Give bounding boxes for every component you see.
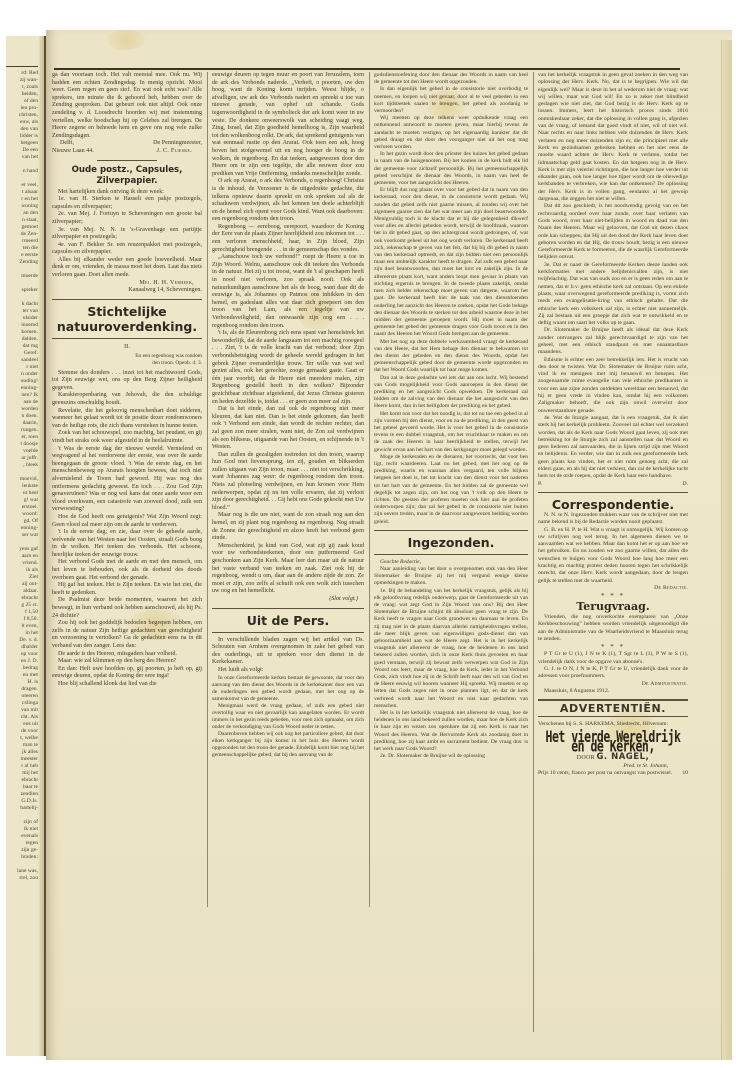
facing-page-line: woord: xyxy=(6,511,38,518)
to-be-continued-note: (Slot volgt.) xyxy=(212,596,364,604)
paragraph: Zou hij ook het goddelijk bedoelen begre… xyxy=(52,620,202,650)
paragraph: Hoe blij schallend klonk dat lied van di… xyxy=(52,681,202,689)
facing-page-text: rd: Redzij wan-t, zoalsheiden,of denien … xyxy=(6,70,38,882)
facing-page-line: t, zoals xyxy=(6,84,38,91)
scanned-newspaper: rd: Redzij wan-t, zoalsheiden,of denien … xyxy=(0,0,738,1068)
paragraph: „Aanschouw toch uw verbond!” roept de He… xyxy=(212,254,364,330)
facing-page-line: of den xyxy=(6,98,38,105)
facing-page-line: van het xyxy=(6,154,38,161)
facing-page-line: e eerste xyxy=(6,252,38,259)
facing-page-line: De. v. d. xyxy=(6,637,38,644)
signature-role: De Penningmeester, xyxy=(153,140,202,148)
section-heading-ingezonden: Ingezonden. xyxy=(374,535,528,550)
section-heading-terugvraag: Terugvraag. xyxy=(538,600,688,614)
facing-page-line: Geref. xyxy=(6,350,38,357)
section-separator: * * * xyxy=(538,592,688,600)
facing-page-line: f 8,50. xyxy=(6,616,38,623)
paragraph: Het verbond Gods met de aarde en met den… xyxy=(52,559,202,582)
facing-page-line: Ziet xyxy=(6,574,38,581)
paragraph: Het is in het kerkelijk vraagstuk niet a… xyxy=(374,710,528,753)
facing-page-line: rd: Red xyxy=(6,70,38,77)
paragraph: Alles bij elkander weder een goede hoeve… xyxy=(52,257,202,280)
signature-name: De Redactie. xyxy=(538,585,688,592)
divider xyxy=(212,632,364,633)
paragraph: Hij gaf het teeken. Het is Zijn teeken. … xyxy=(52,582,202,597)
facing-page-line: worden xyxy=(6,406,38,413)
signature-initial: D. xyxy=(682,481,688,488)
divider xyxy=(52,299,202,300)
facing-page-line: er, toen xyxy=(6,434,38,441)
dateline: Maassluis, 8 Augustus 1912. xyxy=(538,688,688,695)
facing-page-line: ter van xyxy=(6,308,38,315)
facing-page-line: ebracht xyxy=(6,595,38,602)
facing-page-line: n hand xyxy=(6,168,38,175)
facing-page-rule xyxy=(6,66,38,67)
facing-page-line xyxy=(6,861,38,868)
paragraph: In het gezin wordt door den priester des… xyxy=(374,151,528,187)
divider xyxy=(52,338,202,339)
facing-page-line: van mit xyxy=(6,707,38,714)
facing-page-line: t doosje xyxy=(6,441,38,448)
paragraph: Er blijft dus nog plaats over voor het g… xyxy=(374,187,528,338)
facing-page-line: aarn en xyxy=(6,553,38,560)
facing-page-line: r en het xyxy=(6,196,38,203)
facing-page-line: enning- xyxy=(6,385,38,392)
facing-page-line: christen, xyxy=(6,112,38,119)
facing-page-line: baar te xyxy=(6,784,38,791)
facing-page-line: k dacht xyxy=(6,301,38,308)
paragraph: Stemme des donders . . . inzet tot het m… xyxy=(52,370,202,393)
column-rule xyxy=(369,72,370,907)
facing-page-line: r niet xyxy=(6,364,38,371)
signature-initial: P. xyxy=(538,481,542,488)
facing-page-line: gd. Of xyxy=(6,518,38,525)
facing-page-line: g! wat xyxy=(6,497,38,504)
paragraph: Moge de kerkeraden en de dienaren, het v… xyxy=(374,454,528,526)
facing-page-line: ten die xyxy=(6,245,38,252)
facing-page-line: hetgeen xyxy=(6,140,38,147)
facing-page-line xyxy=(6,161,38,168)
paragraph: 1e. Bij de behandeling van het kerkelijk… xyxy=(374,588,528,710)
ad-by-label: DOOR xyxy=(577,755,595,761)
facing-page-line: euw, als xyxy=(6,119,38,126)
facing-page-line: den van xyxy=(6,126,38,133)
paragraph: N. N. te N. Ingezonden stukken waar van … xyxy=(538,512,688,527)
column-rule xyxy=(533,72,534,1032)
page-right-edge xyxy=(721,40,732,1060)
divider xyxy=(538,699,688,701)
column-2: eeuwige deuren op tegen muur en poort va… xyxy=(212,72,364,759)
facing-page-line: ut heel xyxy=(6,490,38,497)
facing-page-line: erstoel. xyxy=(6,504,38,511)
paragraph: 't Is de eerste dag; en zie, daar over d… xyxy=(52,529,202,559)
paragraph: Menigmaal werd de vraag gedaan, of zulk … xyxy=(212,703,364,731)
paragraph: In onze Gereformeerde kerken bestaat de … xyxy=(212,675,364,703)
facing-page-line: woning xyxy=(6,203,38,210)
facing-page-line: de voor xyxy=(6,728,38,735)
facing-page-line: de Zen- xyxy=(6,231,38,238)
facing-page-line: rrei, zoo xyxy=(6,875,38,882)
section-heading-stichtelijke: Stichtelijke xyxy=(52,304,202,319)
facing-page-line: ik als xyxy=(6,567,38,574)
paragraph: 3e. Dat er naast de Gereformeerde Kerken… xyxy=(538,262,688,328)
zending-report-text: ga dan voortaan toch. Het valt meestal m… xyxy=(52,72,202,140)
facing-page-line: Zending xyxy=(6,259,38,266)
facing-page-line: ouding! xyxy=(6,378,38,385)
divider xyxy=(212,608,364,609)
facing-page-line: cht. Als xyxy=(6,714,38,721)
facing-page-line: G.D.Js. xyxy=(6,798,38,805)
facing-page-line: oteeren xyxy=(6,693,38,700)
facing-page-line: spreker xyxy=(6,287,38,294)
facing-page-line: leukste xyxy=(6,483,38,490)
divider xyxy=(374,554,528,555)
facing-page-line: meester xyxy=(6,756,38,763)
paragraph: Is dan eigenlijk het gebed in de consist… xyxy=(374,86,528,115)
facing-page-line: ulsider xyxy=(6,315,38,322)
facing-page-line: zij wan- xyxy=(6,77,38,84)
signature-place: Delft, xyxy=(52,140,74,148)
signature-line: P. D. xyxy=(538,481,688,488)
facing-page-edge: rd: Redzij wan-t, zoalsheiden,of denien … xyxy=(6,36,47,1056)
facing-page-line xyxy=(6,266,38,273)
facing-page-line: aij ont- xyxy=(6,581,38,588)
facing-page-line: man te xyxy=(6,742,38,749)
section-heading-correspondentie: Correspondentie. xyxy=(538,497,688,512)
top-rule xyxy=(54,68,680,70)
paragraph: Naar aanleiding van het door u overgenom… xyxy=(374,566,528,588)
page-gutter-shadow xyxy=(38,36,44,1056)
section-heading-oude-postzegels: Oude postz., Capsules, Zilverpapier. xyxy=(52,165,202,187)
paragraph: Dr. Slotemaker de Bruijne heeft als idea… xyxy=(538,327,688,356)
facing-page-line: dragen. xyxy=(6,686,38,693)
paragraph: 3e. van Mej. N. N. te 's-Gravenhage een … xyxy=(52,227,202,242)
paragraph: 4e. Wat de liturgie aangaat, dat is een … xyxy=(538,415,688,481)
facing-page-line: voelde xyxy=(6,448,38,455)
facing-page-line: n staat, xyxy=(6,217,38,224)
facing-page-line: heiden, xyxy=(6,91,38,98)
ad-author-line: DOOR G. NAGEL, xyxy=(538,754,688,762)
paragraph: G. B. en H. P. te H. Wat u vraagt is onm… xyxy=(538,527,688,585)
scripture-motto: En een regenboog was rondom xyxy=(52,353,202,360)
facing-page-line: g 25 ct. xyxy=(6,602,38,609)
facing-page-line: rmeerd xyxy=(6,238,38,245)
paragraph: Karakteropenbaring van Jehovah, die den … xyxy=(52,392,202,407)
facing-page-line: hartelij- xyxy=(6,805,38,812)
facing-page-line: braden: xyxy=(6,854,38,861)
facing-page-line xyxy=(6,539,38,546)
facing-page-line: inoemd xyxy=(6,322,38,329)
divider xyxy=(538,716,688,717)
facing-page-line xyxy=(6,294,38,301)
facing-page-line: ebracht xyxy=(6,777,38,784)
paragraph: Daarenboven hebben wij ook nog het parti… xyxy=(212,731,364,759)
paragraph: Ethisme is echter een zeer betrekkelijk … xyxy=(538,357,688,415)
paragraph: Het komt ons voor dat het noodig is, dat… xyxy=(374,411,528,454)
paragraph: Maar: wie zal klimmen op den berg des He… xyxy=(52,658,202,666)
paragraph: Vrienden, die nog onverkochte exemplaren… xyxy=(538,614,688,643)
ad-price: Prijs 10 cents, franco per post na ontva… xyxy=(538,770,678,777)
column-3: godsdienstoefening door den dienaar des … xyxy=(374,72,528,760)
facing-page-line: komen. xyxy=(6,329,38,336)
facing-page-line: n onder xyxy=(6,371,38,378)
facing-page-line: it even, xyxy=(6,623,38,630)
facing-page-line: r al heb xyxy=(6,763,38,770)
paragraph: 4e. van F. Bekker Sr. een reuzenpakket m… xyxy=(52,242,202,257)
facing-page-line: enning- xyxy=(6,525,38,532)
signature-line: Delft, De Penningmeester, xyxy=(52,140,202,148)
facing-page-line: zendien xyxy=(6,791,38,798)
facing-page-line: en met xyxy=(6,672,38,679)
paragraph: 't Was de eerste dag der nieuwe wereld. … xyxy=(52,446,202,514)
facing-page-line: aan de xyxy=(6,399,38,406)
facing-page-line: evenals xyxy=(6,833,38,840)
paragraph: De aarde is des Heeren, mitsgaders haar … xyxy=(52,651,202,659)
paragraph: Zoek van het schouwspel, zoo machtig, he… xyxy=(52,430,202,445)
paragraph: 2e. van Mej. J. Fortuyn te Scheveningen … xyxy=(52,211,202,226)
paragraph: Revelatie, die het geloovig menschenhart… xyxy=(52,408,202,431)
paragraph: Wij meenen op deze telkens weer opduiken… xyxy=(374,115,528,151)
facing-page-line: ser wat xyxy=(6,532,38,539)
facing-page-line: zijn of xyxy=(6,819,38,826)
facing-page-line: mij het xyxy=(6,770,38,777)
facing-page-line: rungen. xyxy=(6,427,38,434)
column-1: ga dan voortaan toch. Het valt meestal m… xyxy=(52,72,202,689)
facing-page-line: an den xyxy=(6,210,38,217)
facing-page-line: moevid, xyxy=(6,476,38,483)
newspaper-page: ga dan voortaan toch. Het valt meestal m… xyxy=(46,30,732,1060)
facing-page-line: sandeel xyxy=(6,357,38,364)
scripture-reference: den troon. Openb. 4: 3. xyxy=(52,360,202,367)
facing-page-line: yens gaf xyxy=(6,546,38,553)
paragraph: godsdienstoefening door den dienaar des … xyxy=(374,72,528,86)
paragraph: In verschillende bladen zagen wij het ar… xyxy=(212,637,364,667)
salutation: Geachte Redactie, xyxy=(374,559,528,566)
facing-page-line: f 1,50 xyxy=(6,609,38,616)
paragraph: Met hartelijken dank ontving ik deze wee… xyxy=(52,189,202,197)
ad-book-title: Het vierde Wereldrijk en de Kerken, xyxy=(538,732,688,752)
facing-page-line: moerde xyxy=(6,273,38,280)
paragraph: van het kerkelijk vraagstuk in geen geva… xyxy=(538,72,688,203)
signature-line: Nieuwe Laan 44. J. C. Flieske. xyxy=(52,148,202,156)
divider xyxy=(374,530,528,531)
paragraph: Hoe de God heeft ons getuigenis? Wat Zij… xyxy=(52,514,202,529)
facing-page-line xyxy=(6,469,38,476)
facing-page-line: jk alles xyxy=(6,749,38,756)
facing-page-line: dalden. xyxy=(6,336,38,343)
facing-page-line: lane was, xyxy=(6,868,38,875)
paper-stain xyxy=(106,30,146,50)
facing-page-line: n doen. xyxy=(6,413,38,420)
part-number: II. xyxy=(52,343,202,351)
section-heading-natuuroverdenking: natuuroverdenking. xyxy=(52,319,202,334)
paragraph: 't Is, als de Eleurenboog zich eens span… xyxy=(212,330,364,406)
column-rule xyxy=(207,72,208,907)
signature-address: Nieuwe Laan 44. xyxy=(52,148,94,156)
facing-page-line: in het xyxy=(6,630,38,637)
signature-name: J. C. Flieske. xyxy=(157,148,202,156)
paragraph: Menschenkind, ja kind van God, wat zijt … xyxy=(212,543,364,596)
facing-page-line: aldaar. xyxy=(6,588,38,595)
paragraph: P T Gr te U (1), J N te K (1), T Sgr te … xyxy=(538,651,688,666)
facing-page-line: ar juffr. xyxy=(6,455,38,462)
facing-page-line: De een xyxy=(6,147,38,154)
paragraph: Het luidt als volgt: xyxy=(212,667,364,675)
signature-name: Mej. H. H. Verheek, xyxy=(52,280,202,288)
facing-page-line: bedrag xyxy=(6,665,38,672)
facing-page-line: gemoet xyxy=(6,224,38,231)
paragraph: eeuwige deuren op tegen muur en poort va… xyxy=(212,72,364,178)
facing-page-line: ik niet xyxy=(6,826,38,833)
facing-page-line: vriend. xyxy=(6,560,38,567)
ad-number: 10 xyxy=(678,770,688,777)
advertisements-heading: ADVERTENTIËN. xyxy=(538,705,688,712)
paragraph: O ark op Ararat, o ark des Verbonds, o r… xyxy=(212,178,364,224)
divider xyxy=(97,160,157,161)
facing-page-line: er veel, xyxy=(6,182,38,189)
facing-page-line: nen? Ik xyxy=(6,392,38,399)
facing-page-line: , bleek xyxy=(6,462,38,469)
facing-page-line: ien pro- xyxy=(6,105,38,112)
facing-page-line: t, welke xyxy=(6,735,38,742)
paragraph: G. J. te O N, J N te K, P T Gr te U, vri… xyxy=(538,666,688,681)
column-4: van het kerkelijk vraagstuk in geen geva… xyxy=(538,72,688,777)
divider xyxy=(538,492,688,493)
quoted-article: In onze Gereformeerde kerken bestaat de … xyxy=(212,675,364,759)
facing-page-line: op voor xyxy=(6,651,38,658)
paragraph: En dan: Heft uwe hoofden op, gij poorten… xyxy=(52,666,202,681)
facing-page-line: lidder is xyxy=(6,133,38,140)
facing-page-line xyxy=(6,175,38,182)
section-heading-uit-de-pers: Uit de Pers. xyxy=(212,613,364,628)
paragraph: Regenboog — eereboog, eerepoort, waardoo… xyxy=(212,224,364,254)
paragraph: Dan zal in deze gedachte wel iets dat aa… xyxy=(374,375,528,411)
paragraph: 2e. Dr. Slotemaker de Bruijne wil de opl… xyxy=(374,753,528,760)
paragraph: Dan zullen de gezaligden toetreden tot d… xyxy=(212,452,364,513)
facing-page-line xyxy=(6,812,38,819)
paragraph: De Psalmist deze beide momenten, waarom … xyxy=(52,597,202,620)
facing-page-line: cslinga xyxy=(6,700,38,707)
signature-name: De Administratie. xyxy=(538,681,688,688)
facing-page-line: t alsaar xyxy=(6,189,38,196)
paragraph: Maar nog is die ure niet, want de zon st… xyxy=(212,512,364,542)
signature-address: Kanaalweg 14, Scheveningen. xyxy=(52,287,202,295)
paragraph: 1e. van H. Sterken te Hasselt een pakje … xyxy=(52,196,202,211)
paragraph: Met het oog op deze dubbele werkzaamheid… xyxy=(374,339,528,375)
facing-page-line: regen xyxy=(6,840,38,847)
facing-page-line: zijn ge- xyxy=(6,847,38,854)
paragraph: Dat is het einde, dan zal ook de regenbo… xyxy=(212,406,364,452)
facing-page-line: daarin, xyxy=(6,420,38,427)
facing-page-line: dat mg xyxy=(6,343,38,350)
facing-page-line: en J. D. xyxy=(6,658,38,665)
paragraph: Dat dit zoo geschiedt, is het noodwendig… xyxy=(538,203,688,261)
facing-page-line: eus uit xyxy=(6,721,38,728)
ad-author-title: Pred. te St. Johann, xyxy=(538,763,688,770)
facing-page-line: H. is xyxy=(6,679,38,686)
facing-page-line xyxy=(6,280,38,287)
facing-page-line: dbalder xyxy=(6,644,38,651)
ad-price-line: Prijs 10 cents, franco per post na ontva… xyxy=(538,770,688,777)
